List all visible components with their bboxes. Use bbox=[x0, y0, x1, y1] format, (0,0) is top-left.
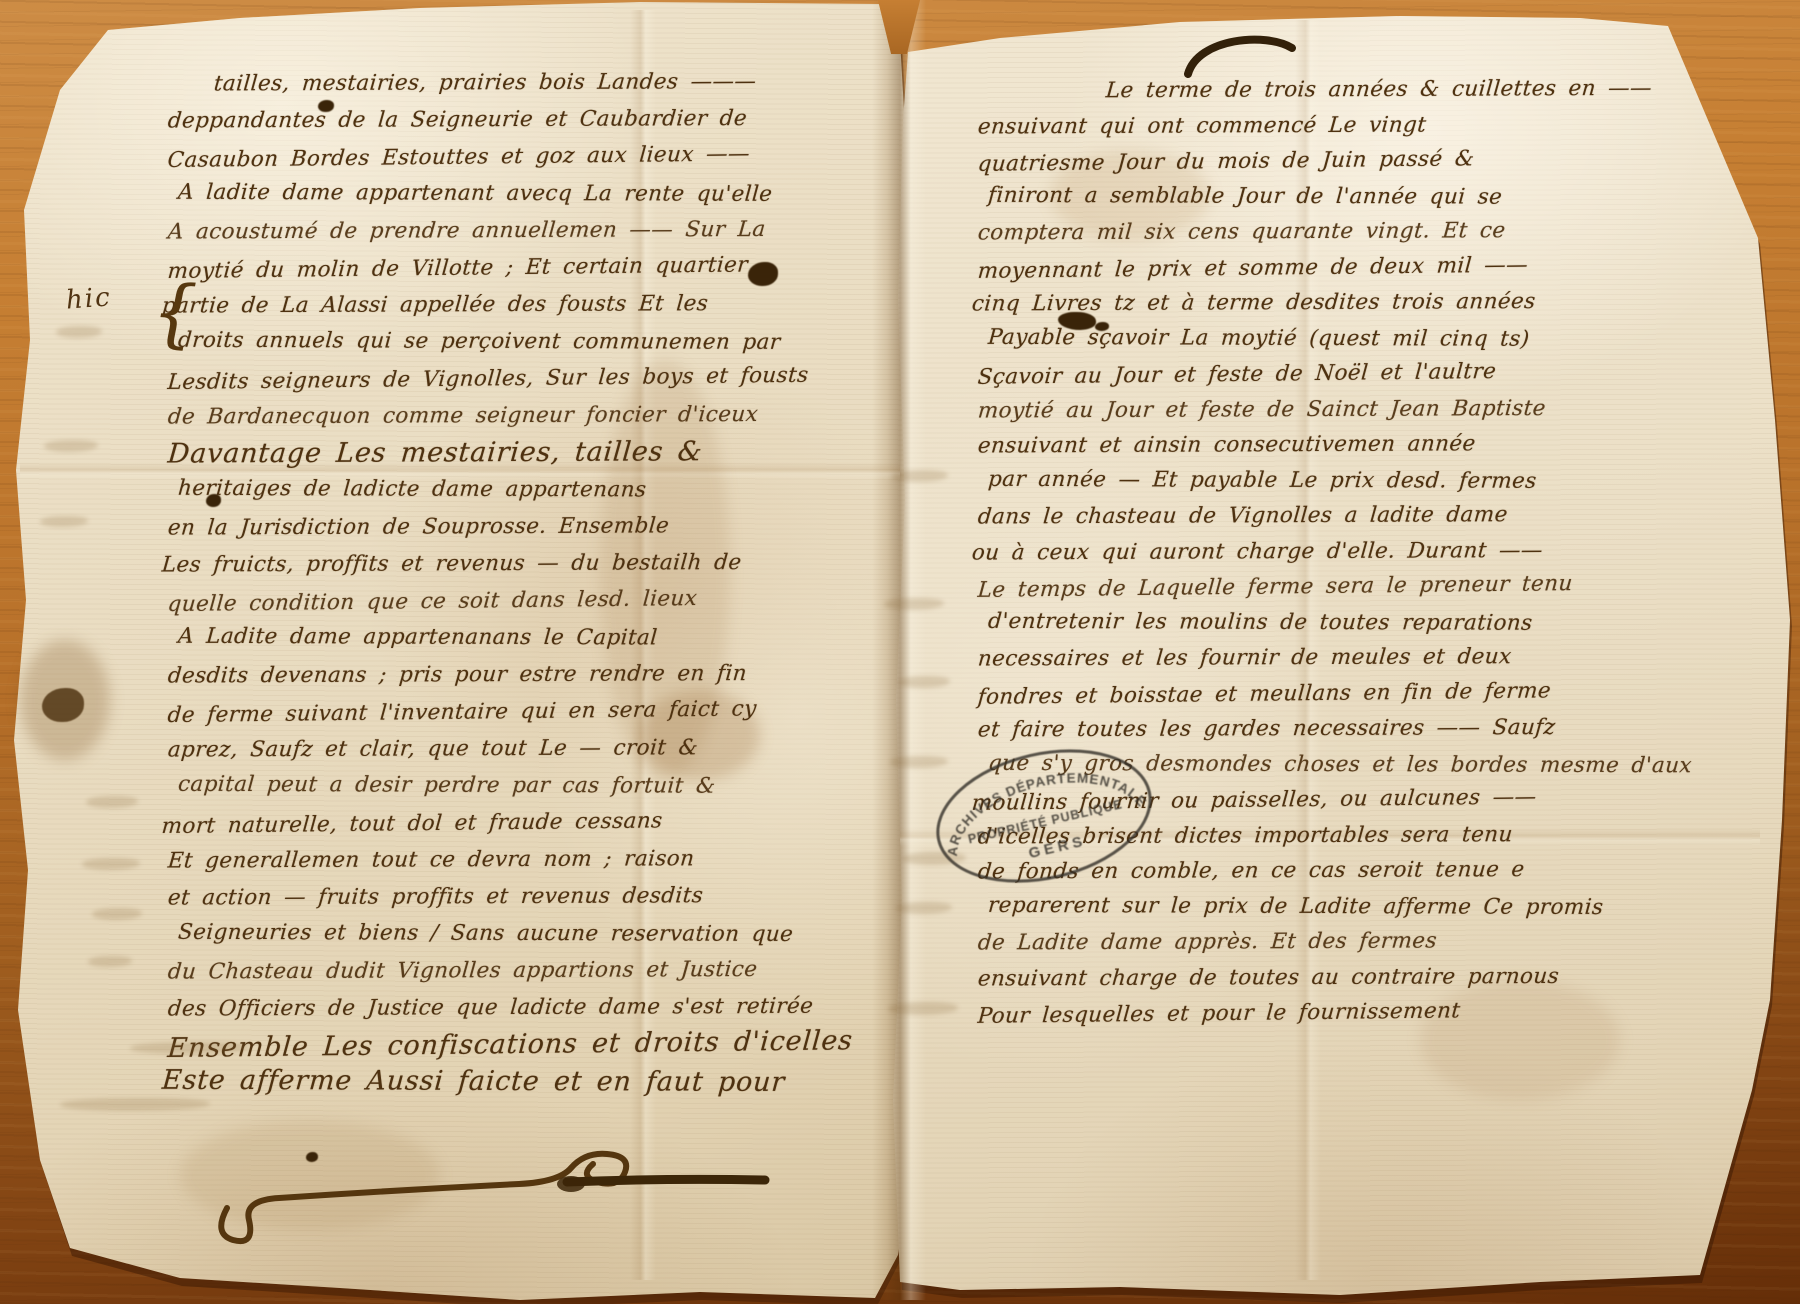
manuscript-line: et action — fruits proffits et revenus d… bbox=[166, 876, 879, 916]
manuscript-line: Casaubon Bordes Estouttes et goz aux lie… bbox=[166, 134, 879, 179]
manuscript-line: par année — Et payable Le prix desd. fer… bbox=[987, 461, 1659, 499]
manuscript-line: comptera mil six cens quarante vingt. Et… bbox=[976, 213, 1659, 251]
manuscript-line: desdits devenans ; pris pour estre rendr… bbox=[166, 654, 879, 694]
ink-blot bbox=[306, 1152, 318, 1162]
manuscript-line: aprez, Saufz et clair, que tout Le — cro… bbox=[166, 728, 879, 768]
manuscript-line: moyennant le prix et somme de deux mil —… bbox=[976, 246, 1659, 289]
manuscript-line: necessaires et les fournir de meules et … bbox=[976, 639, 1659, 677]
manuscript-line: quatriesme Jour du mois de Juin passé & bbox=[976, 139, 1659, 182]
ink-blot bbox=[206, 494, 221, 507]
manuscript-line: de Bardanecquon comme seigneur foncier d… bbox=[166, 395, 879, 435]
ink-blot bbox=[42, 688, 84, 722]
manuscript-line: Este afferme Aussi faicte et en faut pou… bbox=[161, 1062, 880, 1101]
manuscript-line: moytié au Jour et feste de Sainct Jean B… bbox=[976, 390, 1659, 428]
right-page-lines: Le terme de trois années & cuillettes en… bbox=[978, 72, 1658, 1031]
manuscript-line: ou à ceux qui auront charge d'elle. Dura… bbox=[970, 532, 1659, 570]
manuscript-line: de Ladite dame apprès. Et des fermes bbox=[976, 923, 1659, 961]
ink-blot bbox=[318, 100, 334, 112]
ink-blot bbox=[1095, 322, 1109, 331]
manuscript-line: de ferme suivant l'inventaire qui en ser… bbox=[166, 689, 879, 734]
manuscript-line: en la Jurisdiction de Souprosse. Ensembl… bbox=[166, 506, 879, 546]
closing-flourish bbox=[215, 1130, 815, 1250]
manuscript-line: quelle condition que ce soit dans lesd. … bbox=[166, 578, 879, 623]
manuscript-line: A ladite dame appartenant avecq La rente… bbox=[177, 174, 880, 213]
manuscript-line: partie de La Alassi appellée des fousts … bbox=[160, 284, 879, 324]
manuscript-line: dans le chasteau de Vignolles a ladite d… bbox=[976, 497, 1659, 535]
manuscript-line: Et generallemen tout ce devra nom ; rais… bbox=[166, 839, 879, 879]
manuscript-line: Sçavoir au Jour et feste de Noël et l'au… bbox=[976, 352, 1659, 395]
manuscript-line: reparerent sur le prix de Ladite afferme… bbox=[987, 887, 1659, 925]
manuscript-line: deppandantes de la Seigneurie et Caubard… bbox=[166, 99, 879, 139]
manuscript-line: heritaiges de ladicte dame appartenans bbox=[177, 470, 880, 509]
left-page-lines: tailles, mestairies, prairies bois Lande… bbox=[168, 64, 878, 1100]
ink-blot bbox=[748, 262, 778, 286]
center-fold-gutter bbox=[872, 0, 926, 1300]
manuscript-line: d'entretenir les moulins de toutes repar… bbox=[987, 603, 1659, 641]
manuscript-line: ensuivant qui ont commencé Le vingt bbox=[976, 106, 1659, 144]
manuscript-line: des Officiers de Justice que ladicte dam… bbox=[166, 987, 879, 1027]
manuscript-line: A acoustumé de prendre annuellemen —— Su… bbox=[166, 210, 879, 250]
manuscript-line: Le temps de Laquelle ferme sera le prene… bbox=[976, 565, 1659, 608]
manuscript-line: ensuivant et ainsin consecutivemen année bbox=[976, 426, 1659, 464]
manuscript-line: Les fruicts, proffits et revenus — du be… bbox=[160, 543, 879, 583]
manuscript-line: Pour lesquelles et pour le fournissement bbox=[976, 991, 1659, 1034]
manuscript-line: fondres et boisstae et meullans en fin d… bbox=[976, 672, 1659, 715]
bold-pen-stroke bbox=[1180, 30, 1310, 90]
stamp-line3: GERS bbox=[1027, 832, 1088, 862]
manuscript-line: mort naturelle, tout dol et fraude cessa… bbox=[160, 800, 879, 845]
manuscript-line: droits annuels qui se perçoivent commune… bbox=[177, 322, 880, 361]
manuscript-line: finiront a semblable Jour de l'année qui… bbox=[987, 177, 1659, 215]
manuscript-line: capital peut a desir perdre par cas fort… bbox=[177, 766, 880, 805]
manuscript-line: tailles, mestairies, prairies bois Lande… bbox=[212, 63, 879, 103]
manuscript-line: du Chasteau dudit Vignolles appartions e… bbox=[166, 950, 879, 990]
manuscript-line: Ensemble Les confiscations et droits d'i… bbox=[166, 1022, 879, 1067]
manuscript-line: Lesdits seigneurs de Vignolles, Sur les … bbox=[166, 356, 879, 401]
manuscript-line: Seigneuries et biens / Sans aucune reser… bbox=[177, 914, 880, 953]
manuscript-line: ensuivant charge de toutes au contraire … bbox=[976, 958, 1659, 996]
photo-stage: tailles, mestairies, prairies bois Lande… bbox=[0, 0, 1800, 1304]
manuscript-line: Davantage Les mestairies, tailles & bbox=[166, 432, 879, 472]
manuscript-line: A Ladite dame appartenanans le Capital bbox=[177, 618, 880, 657]
margin-note: hic bbox=[65, 282, 113, 315]
